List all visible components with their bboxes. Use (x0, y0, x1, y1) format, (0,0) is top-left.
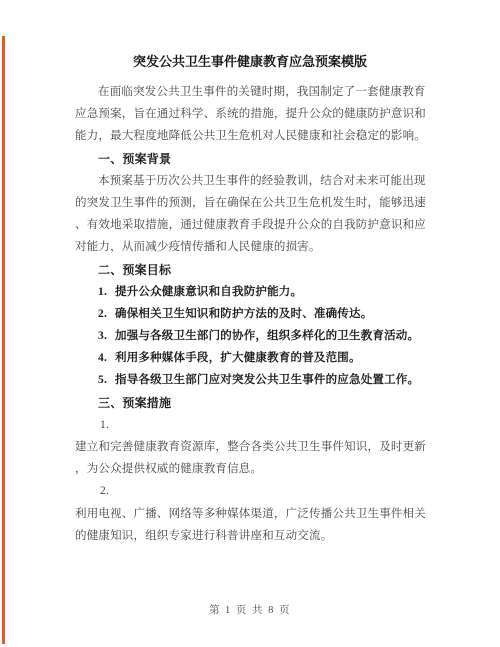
paragraph-line: ，为公众提供权威的健康教育信息。 (75, 458, 425, 480)
goal-item-text: 指导各级卫生部门应对突发公共卫生事件的应急处置工作。 (115, 374, 419, 386)
paragraph-line: 利用电视、广播、网络等多种媒体渠道，广泛传播公共卫生事件相关 (75, 503, 425, 525)
measure-block: 1. 建立和完善健康教育资源库，整合各类公共卫生事件知识，及时更新 ，为公众提供… (75, 414, 425, 481)
goal-item-number: 5. (98, 369, 115, 391)
goal-item: 1.提升公众健康意识和自我防护能力。 (75, 281, 425, 303)
paragraph-line: 、有效地采取措施，通过健康教育手段提升公众的自我防护意识和应 (75, 214, 425, 236)
goal-item-number: 2. (98, 303, 115, 325)
measure-block: 2. 利用电视、广播、网络等多种媒体渠道，广泛传播公共卫生事件相关 的健康知识，… (75, 480, 425, 547)
background-paragraph: 本预案基于历次公共卫生事件的经验教训，结合对未来可能出现 的突发卫生事件的预测，… (75, 170, 425, 259)
paragraph-line: 的健康知识，组织专家进行科普讲座和互动交流。 (75, 525, 425, 547)
document-page: 突发公共卫生事件健康教育应急预案模版 在面临突发公共卫生事件的关键时期，我国制定… (0, 0, 500, 647)
goal-item-text: 确保相关卫生知识和防护方法的及时、准确传达。 (115, 308, 372, 320)
goal-item-text: 利用多种媒体手段，扩大健康教育的普及范围。 (115, 352, 361, 364)
goal-item-text: 提升公众健康意识和自我防护能力。 (115, 286, 302, 298)
paragraph-line: 应急预案，旨在通过科学、系统的措施，提升公众的健康防护意识和 (75, 103, 425, 125)
goal-item-number: 3. (98, 325, 115, 347)
goal-item: 4.利用多种媒体手段，扩大健康教育的普及范围。 (75, 347, 425, 369)
goal-item: 3.加强与各级卫生部门的协作，组织多样化的卫生教育活动。 (75, 325, 425, 347)
intro-paragraph: 在面临突发公共卫生事件的关键时期，我国制定了一套健康教育 应急预案，旨在通过科学… (75, 81, 425, 148)
left-edge-accent-line (2, 36, 5, 644)
goal-item: 5.指导各级卫生部门应对突发公共卫生事件的应急处置工作。 (75, 369, 425, 391)
goal-item-text: 加强与各级卫生部门的协作，组织多样化的卫生教育活动。 (115, 330, 419, 342)
paragraph-line: 建立和完善健康教育资源库，整合各类公共卫生事件知识，及时更新 (75, 436, 425, 458)
section-heading-measures: 三、预案措施 (75, 392, 425, 414)
paragraph-line: 能力，最大程度地降低公共卫生危机对人民健康和社会稳定的影响。 (75, 125, 425, 147)
paragraph-line: 对能力，从而减少疫情传播和人民健康的损害。 (75, 236, 425, 258)
document-content: 突发公共卫生事件健康教育应急预案模版 在面临突发公共卫生事件的关键时期，我国制定… (75, 49, 425, 547)
section-heading-background: 一、预案背景 (75, 148, 425, 170)
paragraph-line: 本预案基于历次公共卫生事件的经验教训，结合对未来可能出现 (75, 170, 425, 192)
document-title: 突发公共卫生事件健康教育应急预案模版 (75, 49, 425, 75)
goal-item-number: 1. (98, 281, 115, 303)
measure-marker: 2. (75, 480, 425, 502)
section-heading-goals: 二、预案目标 (75, 259, 425, 281)
goal-item-number: 4. (98, 347, 115, 369)
goal-item: 2.确保相关卫生知识和防护方法的及时、准确传达。 (75, 303, 425, 325)
page-footer: 第 1 页 共 8 页 (0, 602, 500, 617)
goals-list: 1.提升公众健康意识和自我防护能力。 2.确保相关卫生知识和防护方法的及时、准确… (75, 281, 425, 392)
paragraph-line: 的突发卫生事件的预测，旨在确保在公共卫生危机发生时，能够迅速 (75, 192, 425, 214)
paragraph-line: 在面临突发公共卫生事件的关键时期，我国制定了一套健康教育 (75, 81, 425, 103)
measure-marker: 1. (75, 414, 425, 436)
